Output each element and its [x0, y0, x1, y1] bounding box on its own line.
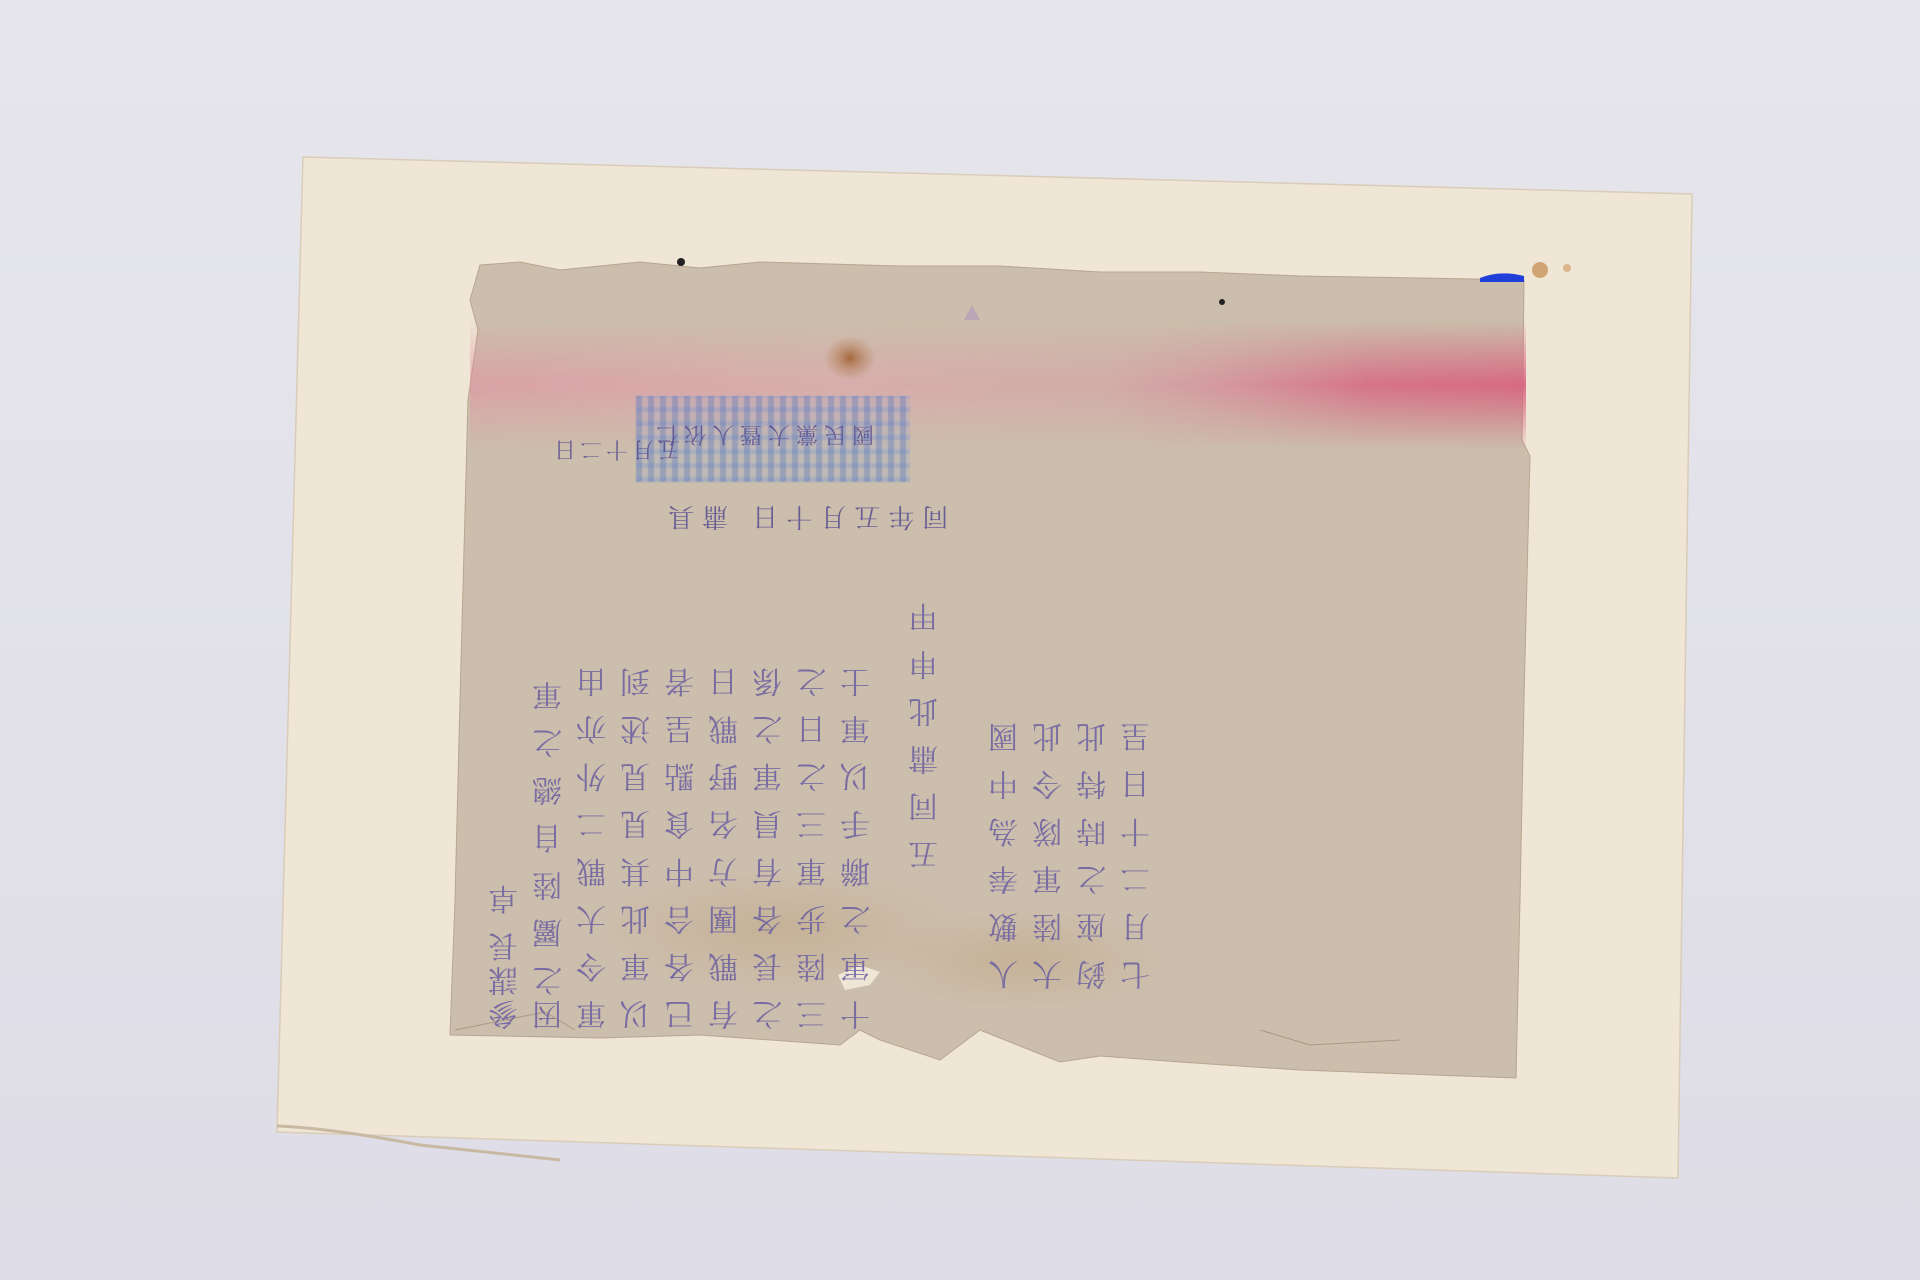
text-column: 五 同 肅 此 申 甲: [910, 598, 944, 870]
rust-spot: [824, 336, 876, 380]
handwritten-text-block: 參謀長 卓 因之 屬 陸 自 總 之 軍 軍 令 大 戰 二 外 亦 由 以 軍…: [490, 440, 1500, 1030]
text-column: 三 陸 步 軍 三 之 日 之: [798, 663, 832, 1030]
text-column: 鈞 座 之 時 特 此: [1078, 718, 1112, 990]
text-column: 以 軍 此 其 見 見 述 到: [622, 663, 656, 1030]
text-column: 有 戰 團 方 名 野 戰 日: [710, 663, 744, 1030]
text-column: 七 月 二 十 日 呈: [1122, 718, 1156, 990]
text-column: 參謀長 卓: [490, 880, 524, 1030]
text-column: 之 長 各 有 員 軍 之 係: [754, 663, 788, 1030]
text-column: 因之 屬 陸 自 總 之 軍: [534, 677, 568, 1030]
text-column: 人 數 奉 為 中 國: [990, 718, 1024, 990]
text-column: 軍 令 大 戰 二 外 亦 由: [578, 663, 612, 1030]
text-column: 已 各 合 中 食 點 呈 者: [666, 663, 700, 1030]
text-column: 十 軍 之 聯 手 以 軍 士: [842, 663, 876, 1030]
text-column: 大 陸 軍 隊 令 此: [1034, 718, 1068, 990]
